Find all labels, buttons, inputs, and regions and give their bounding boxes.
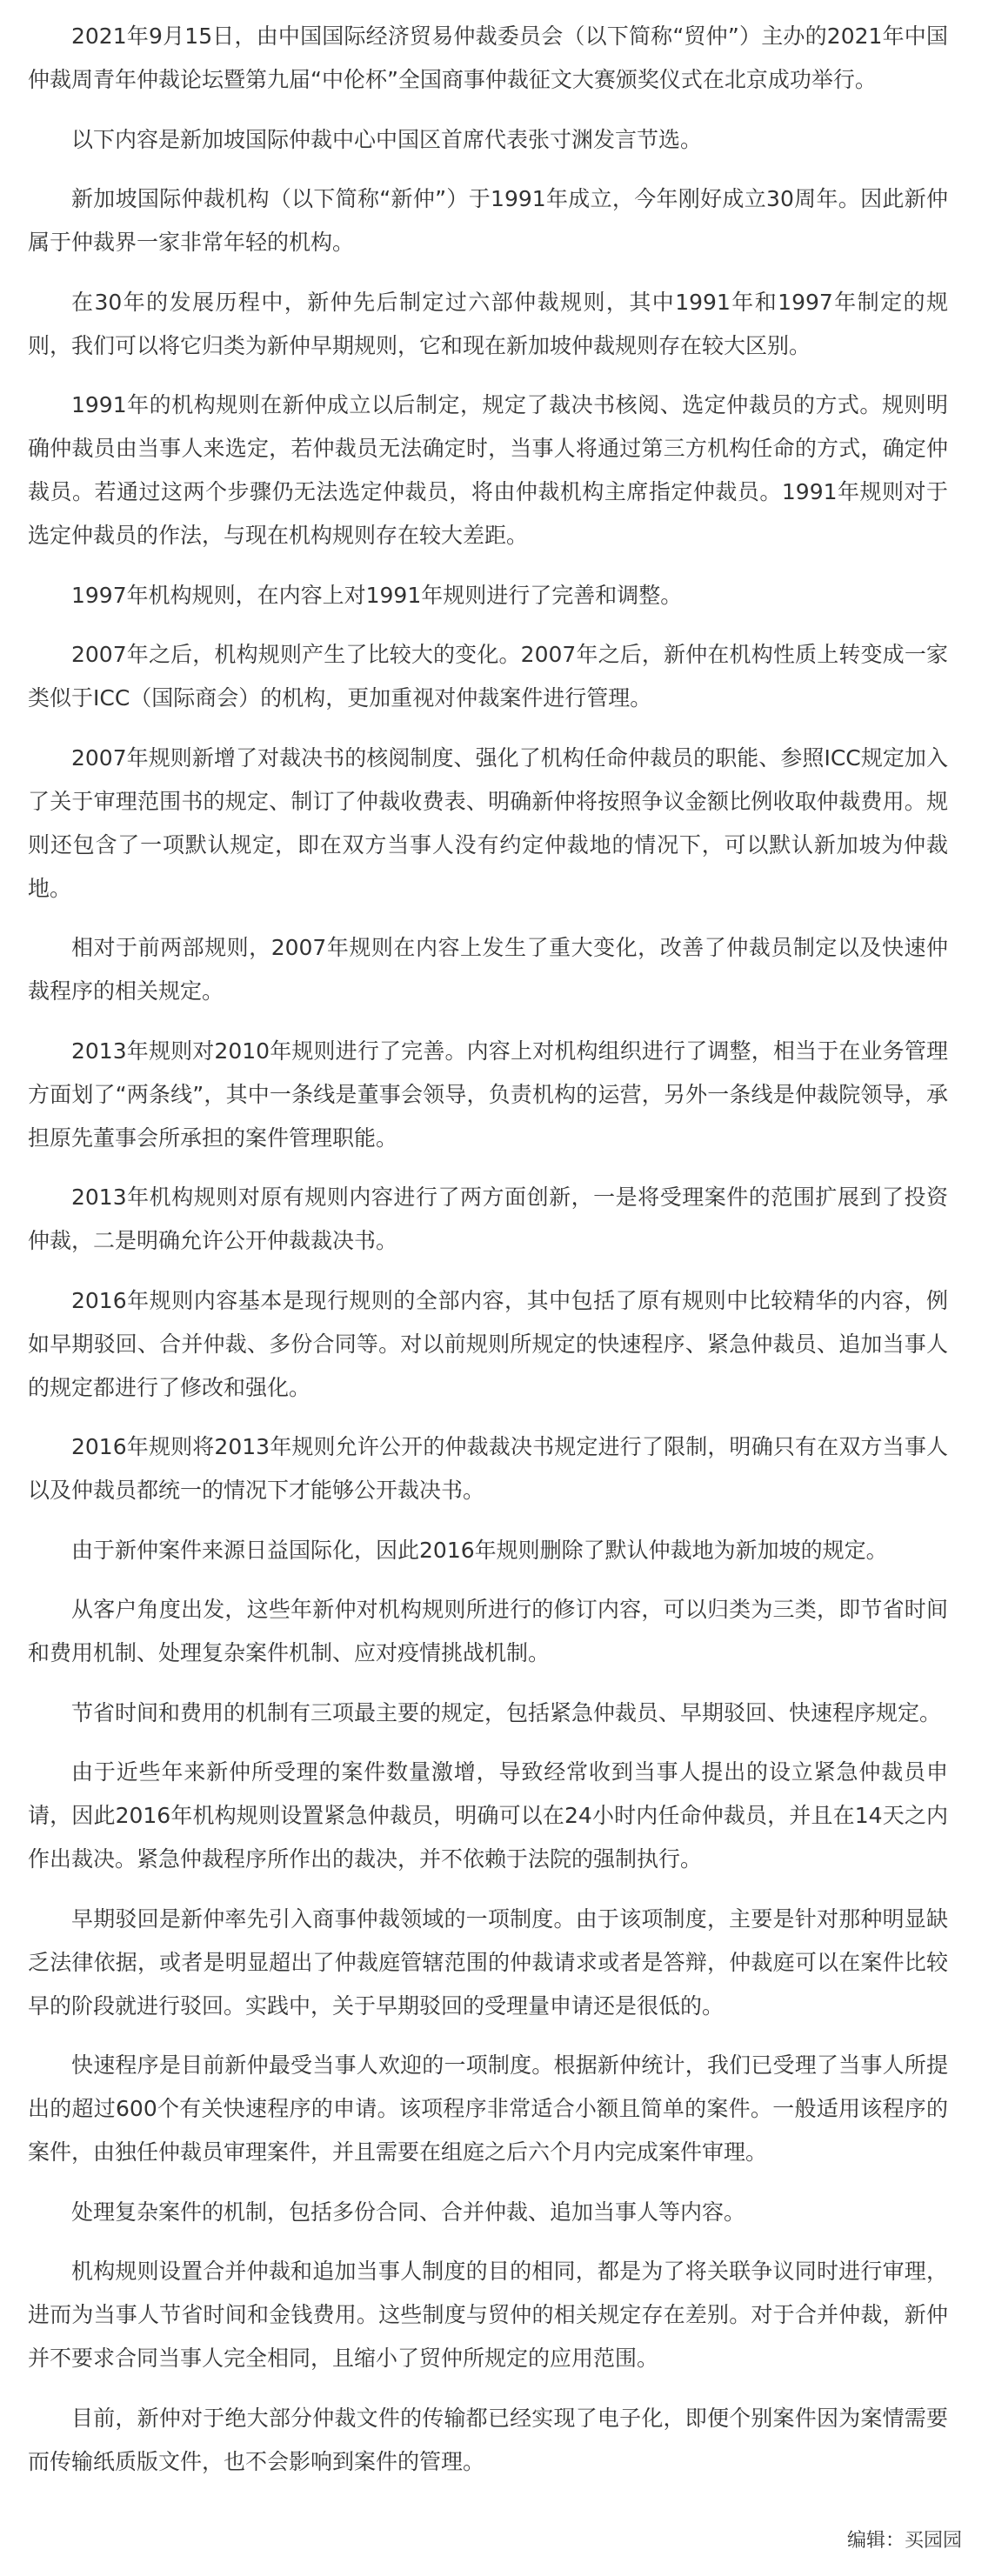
- paragraph-8: 2007年规则新增了对裁决书的核阅制度、强化了机构任命仲裁员的职能、参照ICC规…: [28, 737, 948, 911]
- paragraph-5: 1991年的机构规则在新仲成立以后制定，规定了裁决书核阅、选定仲裁员的方式。规则…: [28, 384, 948, 557]
- paragraph-11: 2013年机构规则对原有规则内容进行了两方面创新，一是将受理案件的范围扩展到了投…: [28, 1176, 948, 1263]
- paragraph-6: 1997年机构规则，在内容上对1991年规则进行了完善和调整。: [28, 574, 948, 617]
- paragraph-18: 早期驳回是新仲率先引入商事仲裁领域的一项制度。由于该项制度，主要是针对那种明显缺…: [28, 1898, 948, 2028]
- paragraph-3: 新加坡国际仲裁机构（以下简称“新仲”）于1991年成立，今年刚好成立30周年。因…: [28, 177, 948, 264]
- paragraph-10: 2013年规则对2010年规则进行了完善。内容上对机构组织进行了调整，相当于在业…: [28, 1030, 948, 1160]
- paragraph-1: 2021年9月15日，由中国国际经济贸易仲裁委员会（以下简称“贸仲”）主办的20…: [28, 15, 948, 102]
- paragraph-22: 目前，新仲对于绝大部分仲裁文件的传输都已经实现了电子化，即便个别案件因为案情需要…: [28, 2397, 948, 2484]
- paragraph-21: 机构规则设置合并仲裁和追加当事人制度的目的相同，都是为了将关联争议同时进行审理，…: [28, 2250, 948, 2380]
- paragraph-16: 节省时间和费用的机制有三项最主要的规定，包括紧急仲裁员、早期驳回、快速程序规定。: [28, 1692, 948, 1735]
- paragraph-7: 2007年之后，机构规则产生了比较大的变化。2007年之后，新仲在机构性质上转变…: [28, 633, 948, 720]
- article-body: 2021年9月15日，由中国国际经济贸易仲裁委员会（以下简称“贸仲”）主办的20…: [28, 15, 948, 2499]
- paragraph-2: 以下内容是新加坡国际仲裁中心中国区首席代表张寸渊发言节选。: [28, 118, 948, 162]
- paragraph-20: 处理复杂案件的机制，包括多份合同、合并仲裁、追加当事人等内容。: [28, 2191, 948, 2234]
- paragraph-12: 2016年规则内容基本是现行规则的全部内容，其中包括了原有规则中比较精华的内容，…: [28, 1279, 948, 1410]
- paragraph-4: 在30年的发展历程中，新仲先后制定过六部仲裁规则，其中1991年和1997年制定…: [28, 281, 948, 368]
- editor-credit: 编辑：买园园: [847, 2526, 962, 2556]
- paragraph-9: 相对于前两部规则，2007年规则在内容上发生了重大变化，改善了仲裁员制定以及快速…: [28, 926, 948, 1013]
- paragraph-19: 快速程序是目前新仲最受当事人欢迎的一项制度。根据新仲统计，我们已受理了当事人所提…: [28, 2044, 948, 2174]
- paragraph-14: 由于新仲案件来源日益国际化，因此2016年规则删除了默认仲裁地为新加坡的规定。: [28, 1529, 948, 1572]
- paragraph-13: 2016年规则将2013年规则允许公开的仲裁裁决书规定进行了限制，明确只有在双方…: [28, 1425, 948, 1512]
- paragraph-15: 从客户角度出发，这些年新仲对机构规则所进行的修订内容，可以归类为三类，即节省时间…: [28, 1588, 948, 1675]
- paragraph-17: 由于近些年来新仲所受理的案件数量激增，导致经常收到当事人提出的设立紧急仲裁员申请…: [28, 1751, 948, 1881]
